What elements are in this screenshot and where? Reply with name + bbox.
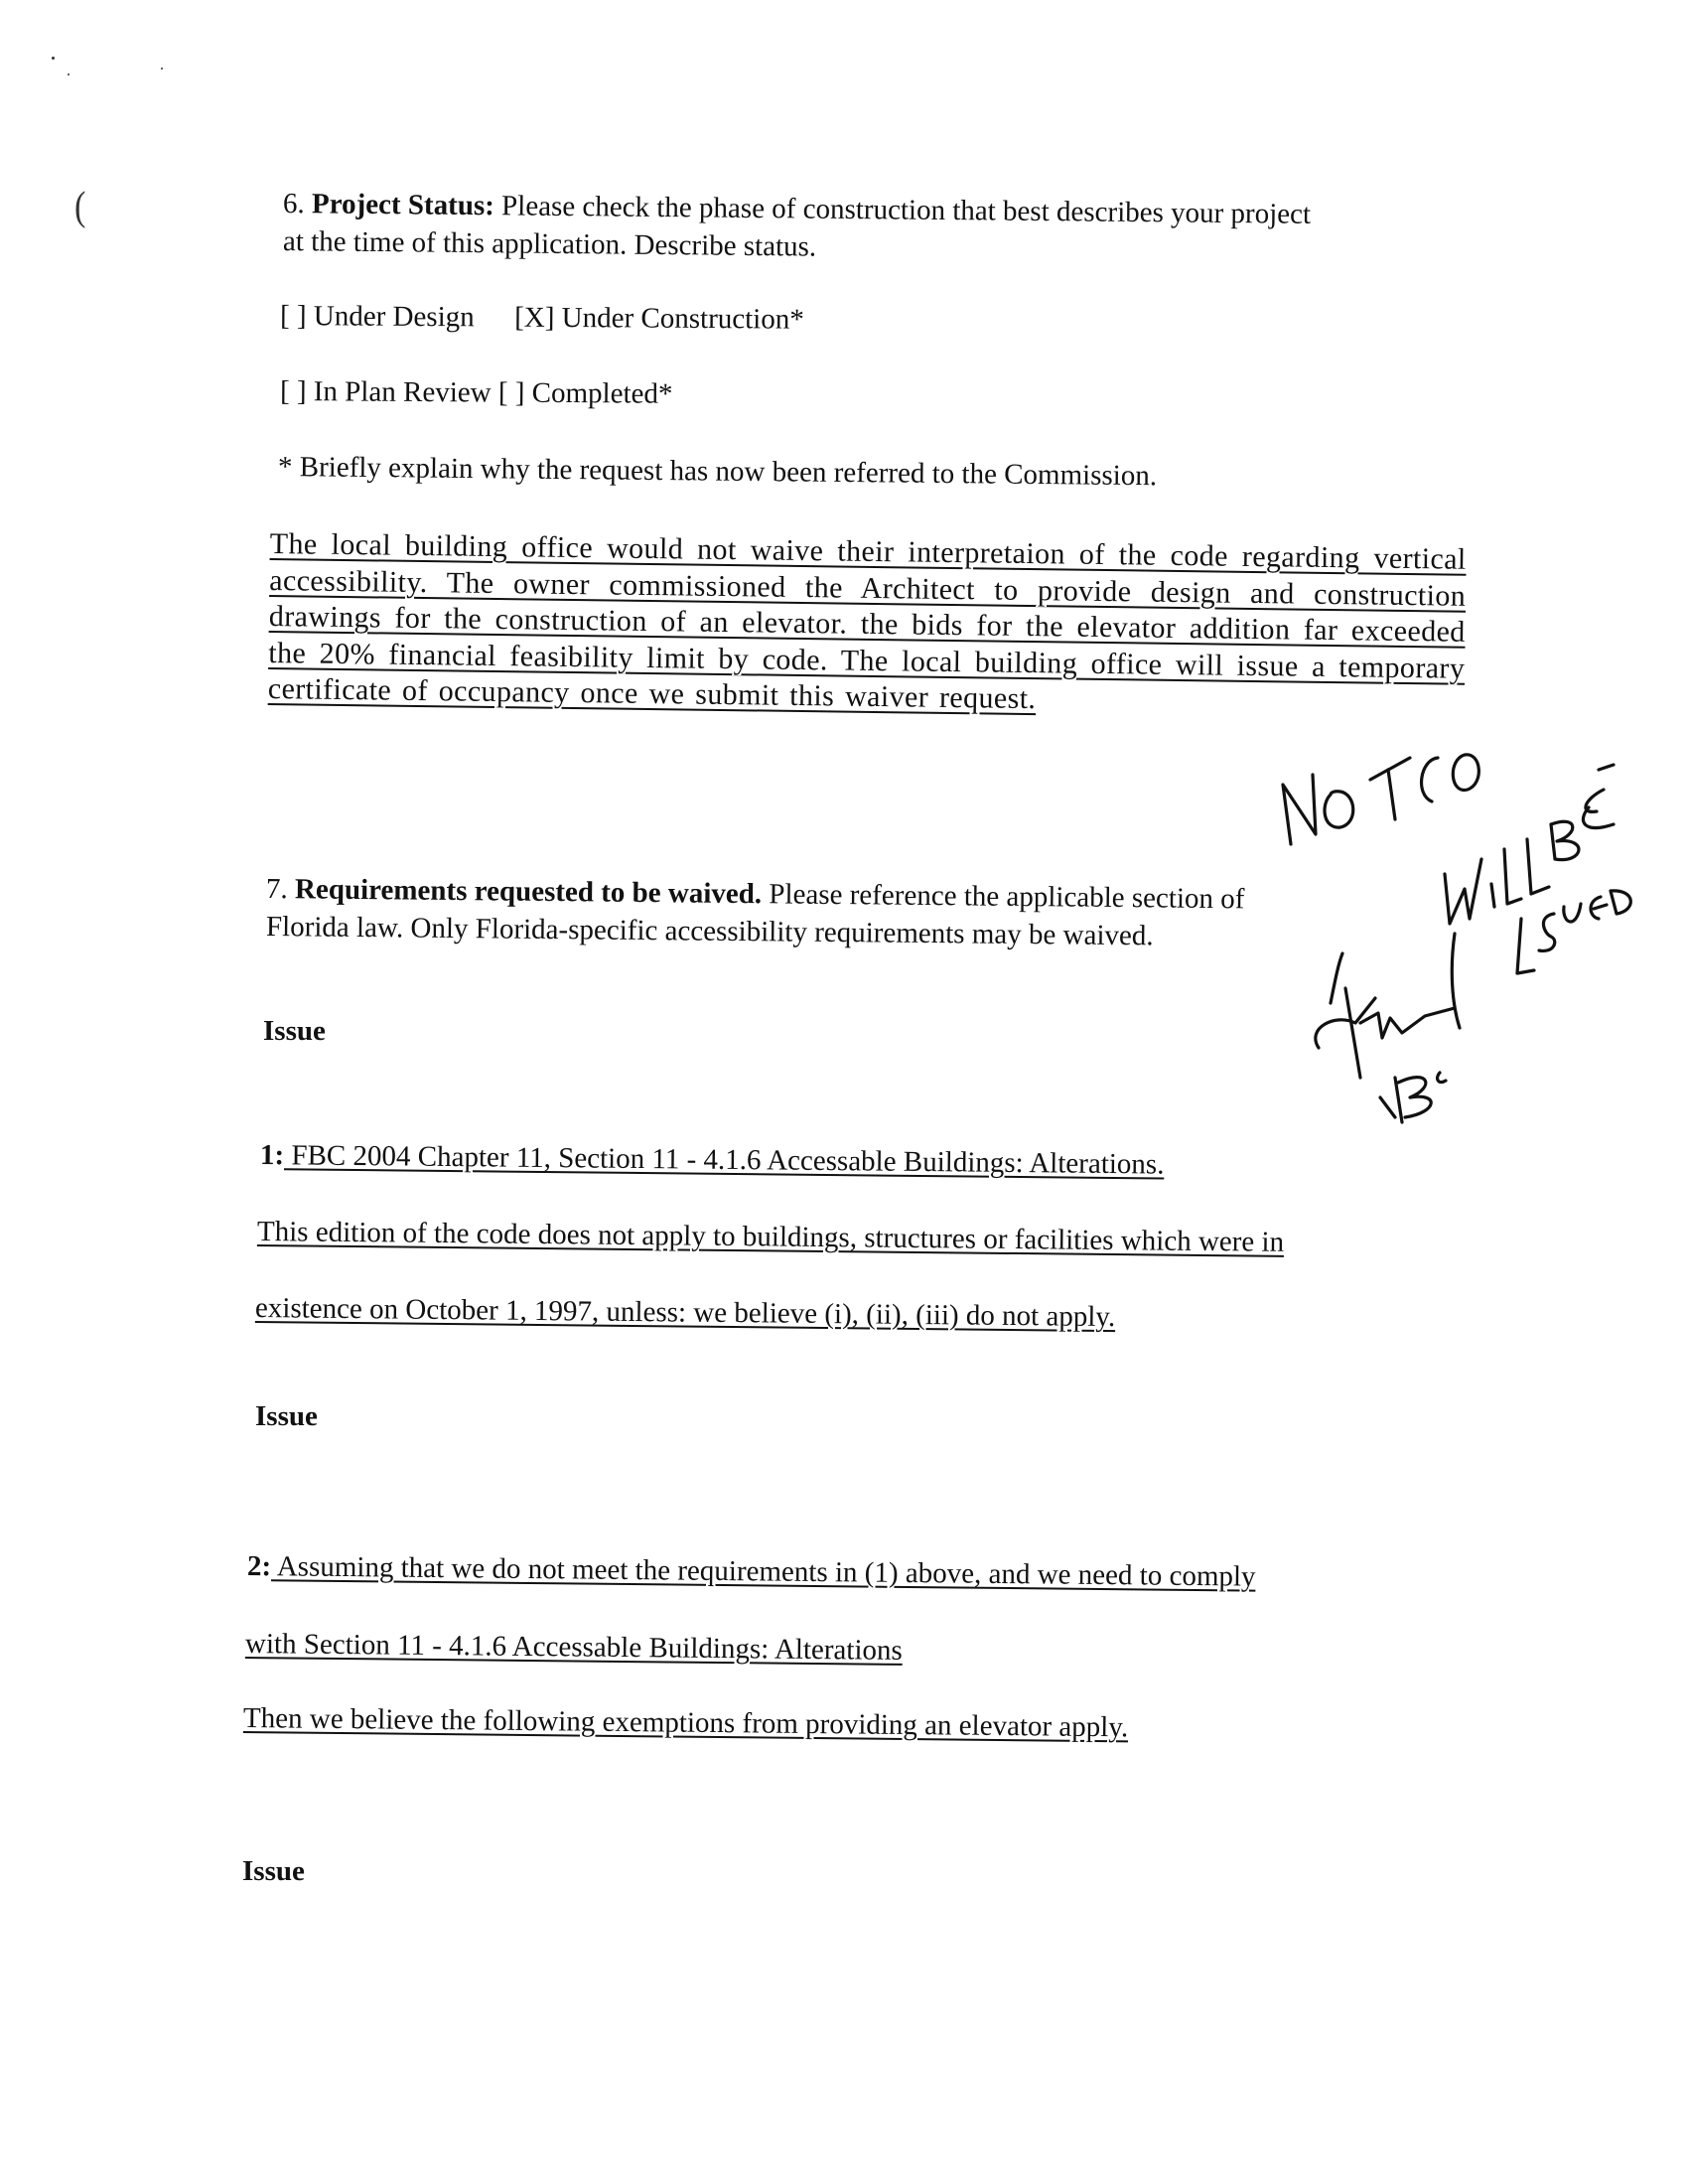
checkbox-under-design[interactable]: [ ]: [280, 300, 307, 333]
section-7-prompt: 7. Requirements requested to be waived. …: [266, 874, 1245, 916]
section-7-number: 7.: [266, 873, 288, 905]
issue-1-line3: existence on October 1, 1997, unless: we…: [255, 1293, 1116, 1334]
checkbox-under-construction[interactable]: [X]: [514, 302, 554, 335]
explanation-text: The local building office would not waiv…: [268, 526, 1467, 723]
issue-1-number: 1:: [260, 1139, 285, 1171]
issue-heading: Issue: [255, 1400, 318, 1433]
checkbox-completed[interactable]: [ ]: [498, 377, 525, 410]
scan-speck: [52, 57, 55, 60]
scanned-document-page: ( 6. Project Status: Please check the ph…: [0, 0, 1688, 2184]
issue-2-title: 2: Assuming that we do not meet the requ…: [247, 1551, 1256, 1594]
section-6-prompt-line1: Please check the phase of construction t…: [494, 190, 1311, 230]
section-6-prompt-line2: at the time of this application. Describ…: [283, 226, 816, 264]
issue-1-line1: FBC 2004 Chapter 11, Section 11 - 4.1.6 …: [284, 1139, 1165, 1180]
section-7-heading: Requirements requested to be waived.: [295, 873, 762, 910]
section-7-prompt-line1: Please reference the applicable section …: [762, 878, 1245, 915]
issue-heading: Issue: [263, 1015, 326, 1048]
option-label-in-plan-review: In Plan Review: [314, 375, 492, 408]
option-label-under-construction: Under Construction*: [562, 302, 804, 336]
status-options-row-1: [ ] Under Design [X] Under Construction*: [280, 300, 804, 337]
scan-speck: [161, 68, 163, 70]
issue-heading: Issue: [242, 1855, 305, 1888]
section-6-number: 6.: [283, 188, 305, 219]
option-label-completed: Completed*: [532, 377, 673, 410]
status-options-row-2: [ ] In Plan Review [ ] Completed*: [280, 375, 673, 411]
issue-1-line2: This edition of the code does not apply …: [257, 1217, 1284, 1259]
margin-mark: (: [74, 185, 85, 230]
explain-prompt: * Briefly explain why the request has no…: [278, 452, 1157, 493]
issue-1-title: 1: FBC 2004 Chapter 11, Section 11 - 4.1…: [260, 1140, 1165, 1181]
section-6-heading: Project Status:: [312, 188, 494, 221]
option-label-under-design: Under Design: [314, 300, 475, 333]
issue-2-line2: with Section 11 - 4.1.6 Accessable Build…: [245, 1629, 903, 1668]
section-6-prompt: 6. Project Status: Please check the phas…: [283, 189, 1311, 231]
handwritten-annotation: [1261, 740, 1638, 1137]
checkbox-in-plan-review[interactable]: [ ]: [280, 375, 307, 408]
issue-2-line3: Then we believe the following exemptions…: [243, 1703, 1129, 1744]
issue-2-line1: Assuming that we do not meet the require…: [271, 1550, 1256, 1592]
issue-2-number: 2:: [247, 1550, 272, 1582]
section-7-prompt-line2: Florida law. Only Florida-specific acces…: [266, 912, 1154, 952]
scan-speck: [68, 73, 70, 75]
